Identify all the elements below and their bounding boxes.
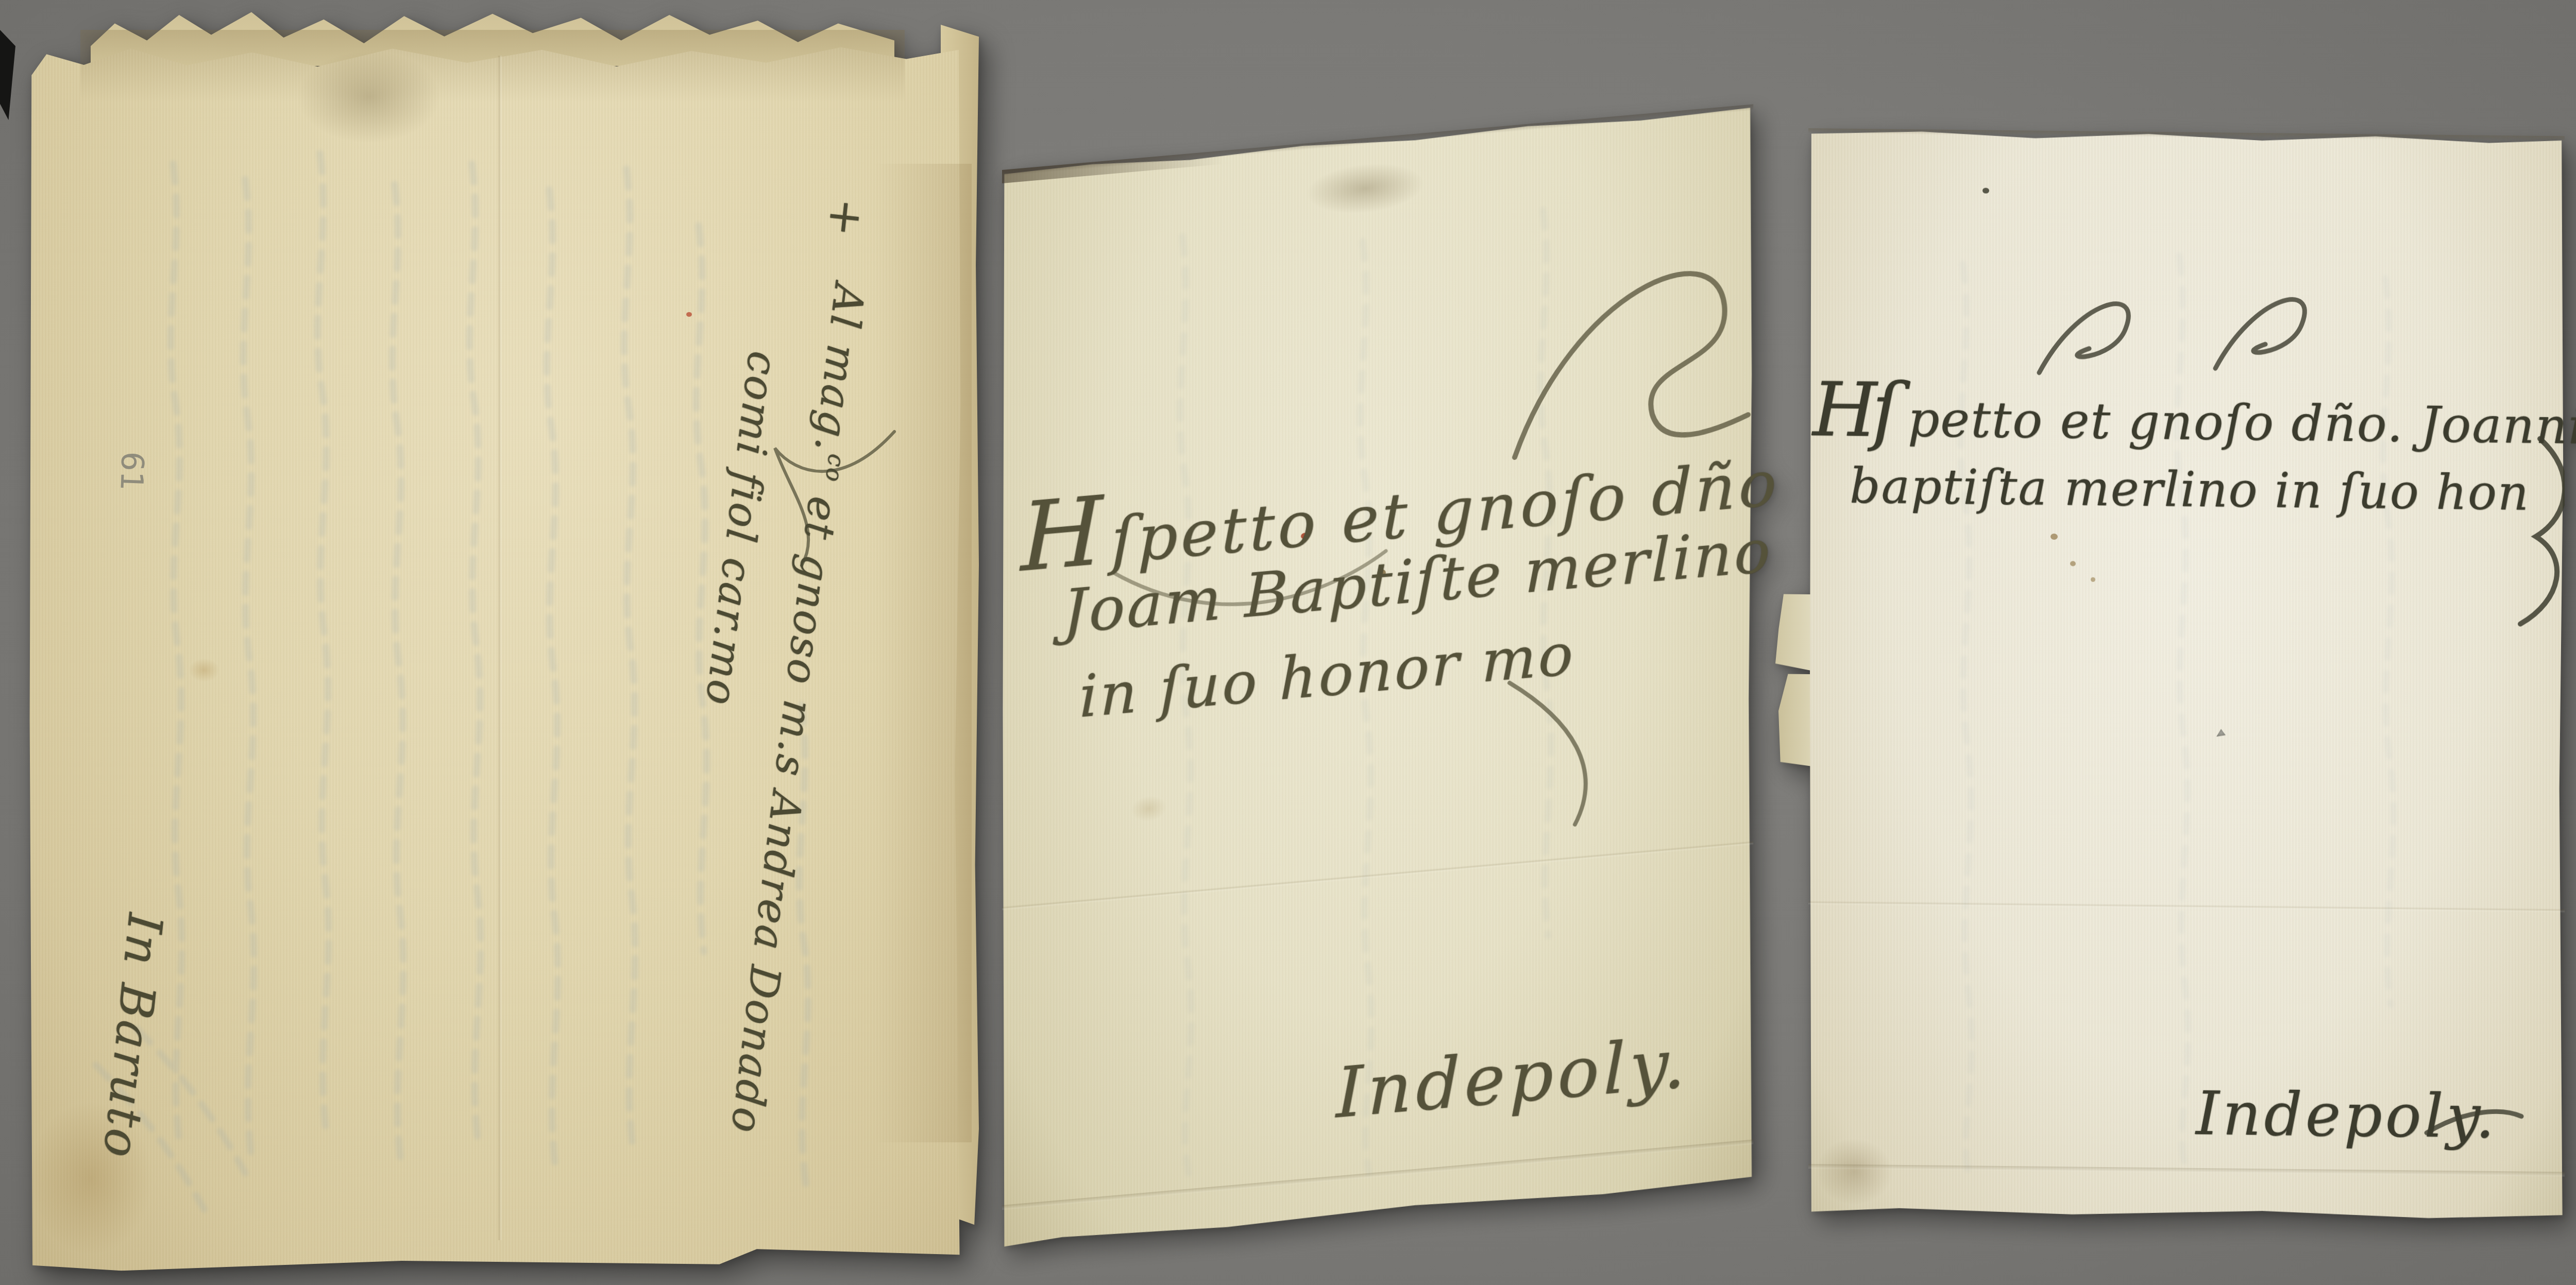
- letter-1-under-sheet-top: [91, 9, 894, 66]
- docket-indepoly: Indepoly.: [2196, 1079, 2498, 1152]
- paper-texture: [1808, 128, 2565, 1224]
- letter-3-sheet: [1808, 128, 2565, 1224]
- letter-3: Hſpetto et gnoſo dño. Joanni baptiſta me…: [1808, 128, 2565, 1224]
- superscript: co: [820, 452, 850, 485]
- paraph-mark: Hſ: [1812, 366, 1894, 454]
- cross-mark: +: [823, 187, 866, 244]
- letter-2: Hſpetto et gnoſo dño Joam Baptiſte merli…: [1002, 104, 1753, 1250]
- scan-edge-artifact: [0, 30, 15, 120]
- pencil-number: 61: [113, 451, 150, 492]
- letter-3-address-line-2: baptiſta merlino in ſuo hon: [1850, 458, 2530, 521]
- photograph-of-three-letters: + Al mag.co et gnoso m.s Andrea Donado c…: [0, 0, 2576, 1285]
- letter-1: + Al mag.co et gnoso m.s Andrea Donado c…: [19, 9, 980, 1274]
- letter-3-address-line-1: Hſpetto et gnoſo dño. Joanni: [1812, 366, 2576, 461]
